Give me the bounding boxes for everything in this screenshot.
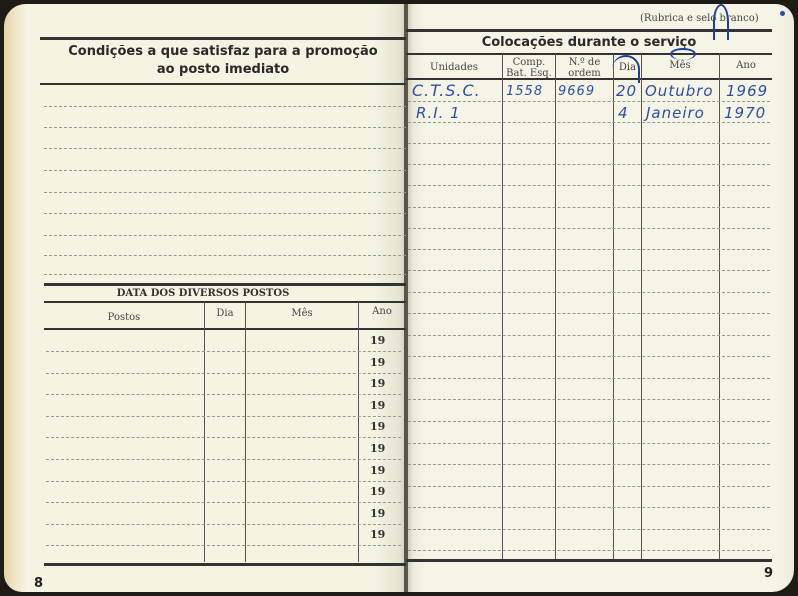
col-divider xyxy=(502,54,503,560)
year-prefix: 19 xyxy=(370,334,385,347)
rule xyxy=(40,37,406,40)
entry-dia: 20 xyxy=(616,82,637,100)
col-comp: Comp. Bat. Esq. xyxy=(503,57,555,79)
conditions-title-line1: Condições a que satisfaz para a promoção xyxy=(40,44,406,59)
entry-ano: 1969 xyxy=(726,82,768,100)
rule xyxy=(44,301,406,303)
entry-mes: Outubro xyxy=(645,82,714,100)
ink-mark xyxy=(670,48,696,60)
entry-mes: Janeiro xyxy=(646,104,705,122)
signature-stroke xyxy=(713,4,729,40)
year-prefix: 19 xyxy=(370,464,385,477)
col-ordem: N.º de ordem xyxy=(556,57,613,79)
entry-ano: 1970 xyxy=(724,104,766,122)
rule xyxy=(44,328,406,330)
page-number-left: 8 xyxy=(34,576,43,591)
col-divider xyxy=(719,54,720,560)
col-divider xyxy=(641,54,642,560)
ink-dot xyxy=(780,11,785,16)
year-prefix: 19 xyxy=(370,485,385,498)
page-number-right: 9 xyxy=(764,566,773,581)
col-ano: Ano xyxy=(720,60,772,71)
rule xyxy=(44,563,406,566)
year-prefix: 19 xyxy=(370,356,385,369)
year-prefix: 19 xyxy=(370,377,385,390)
ranks-section-title: DATA DOS DIVERSOS POSTOS xyxy=(44,288,362,299)
conditions-title-line2: ao posto imediato xyxy=(40,62,406,77)
col-postos: Postos xyxy=(44,312,204,323)
year-prefix: 19 xyxy=(370,399,385,412)
year-prefix: 19 xyxy=(370,420,385,433)
col-unidades: Unidades xyxy=(406,62,502,73)
col-mes: Mês xyxy=(642,60,718,71)
entry-unidades: R.I. 1 xyxy=(416,104,461,122)
rule xyxy=(406,53,772,55)
col-divider xyxy=(555,54,556,560)
rule xyxy=(40,83,406,85)
col-divider xyxy=(358,302,359,562)
signature-note: (Rubrica e selo branco) xyxy=(640,13,759,24)
entry-dia: 4 xyxy=(618,104,629,122)
rule xyxy=(406,559,772,562)
col-ano: Ano xyxy=(358,306,406,317)
col-divider xyxy=(204,302,205,562)
entry-ordem: 9669 xyxy=(558,84,595,99)
entry-unidades: C.T.S.C. xyxy=(412,81,481,100)
book-gutter xyxy=(404,4,408,592)
rule xyxy=(406,78,772,80)
entry-comp: 1558 xyxy=(506,84,543,99)
year-prefix: 19 xyxy=(370,507,385,520)
col-divider xyxy=(613,54,614,560)
col-mes: Mês xyxy=(246,308,358,319)
year-prefix: 19 xyxy=(370,442,385,455)
rule xyxy=(44,283,406,286)
ink-mark xyxy=(612,55,640,83)
year-prefix: 19 xyxy=(370,528,385,541)
col-divider xyxy=(245,302,246,562)
col-dia: Dia xyxy=(205,308,245,319)
